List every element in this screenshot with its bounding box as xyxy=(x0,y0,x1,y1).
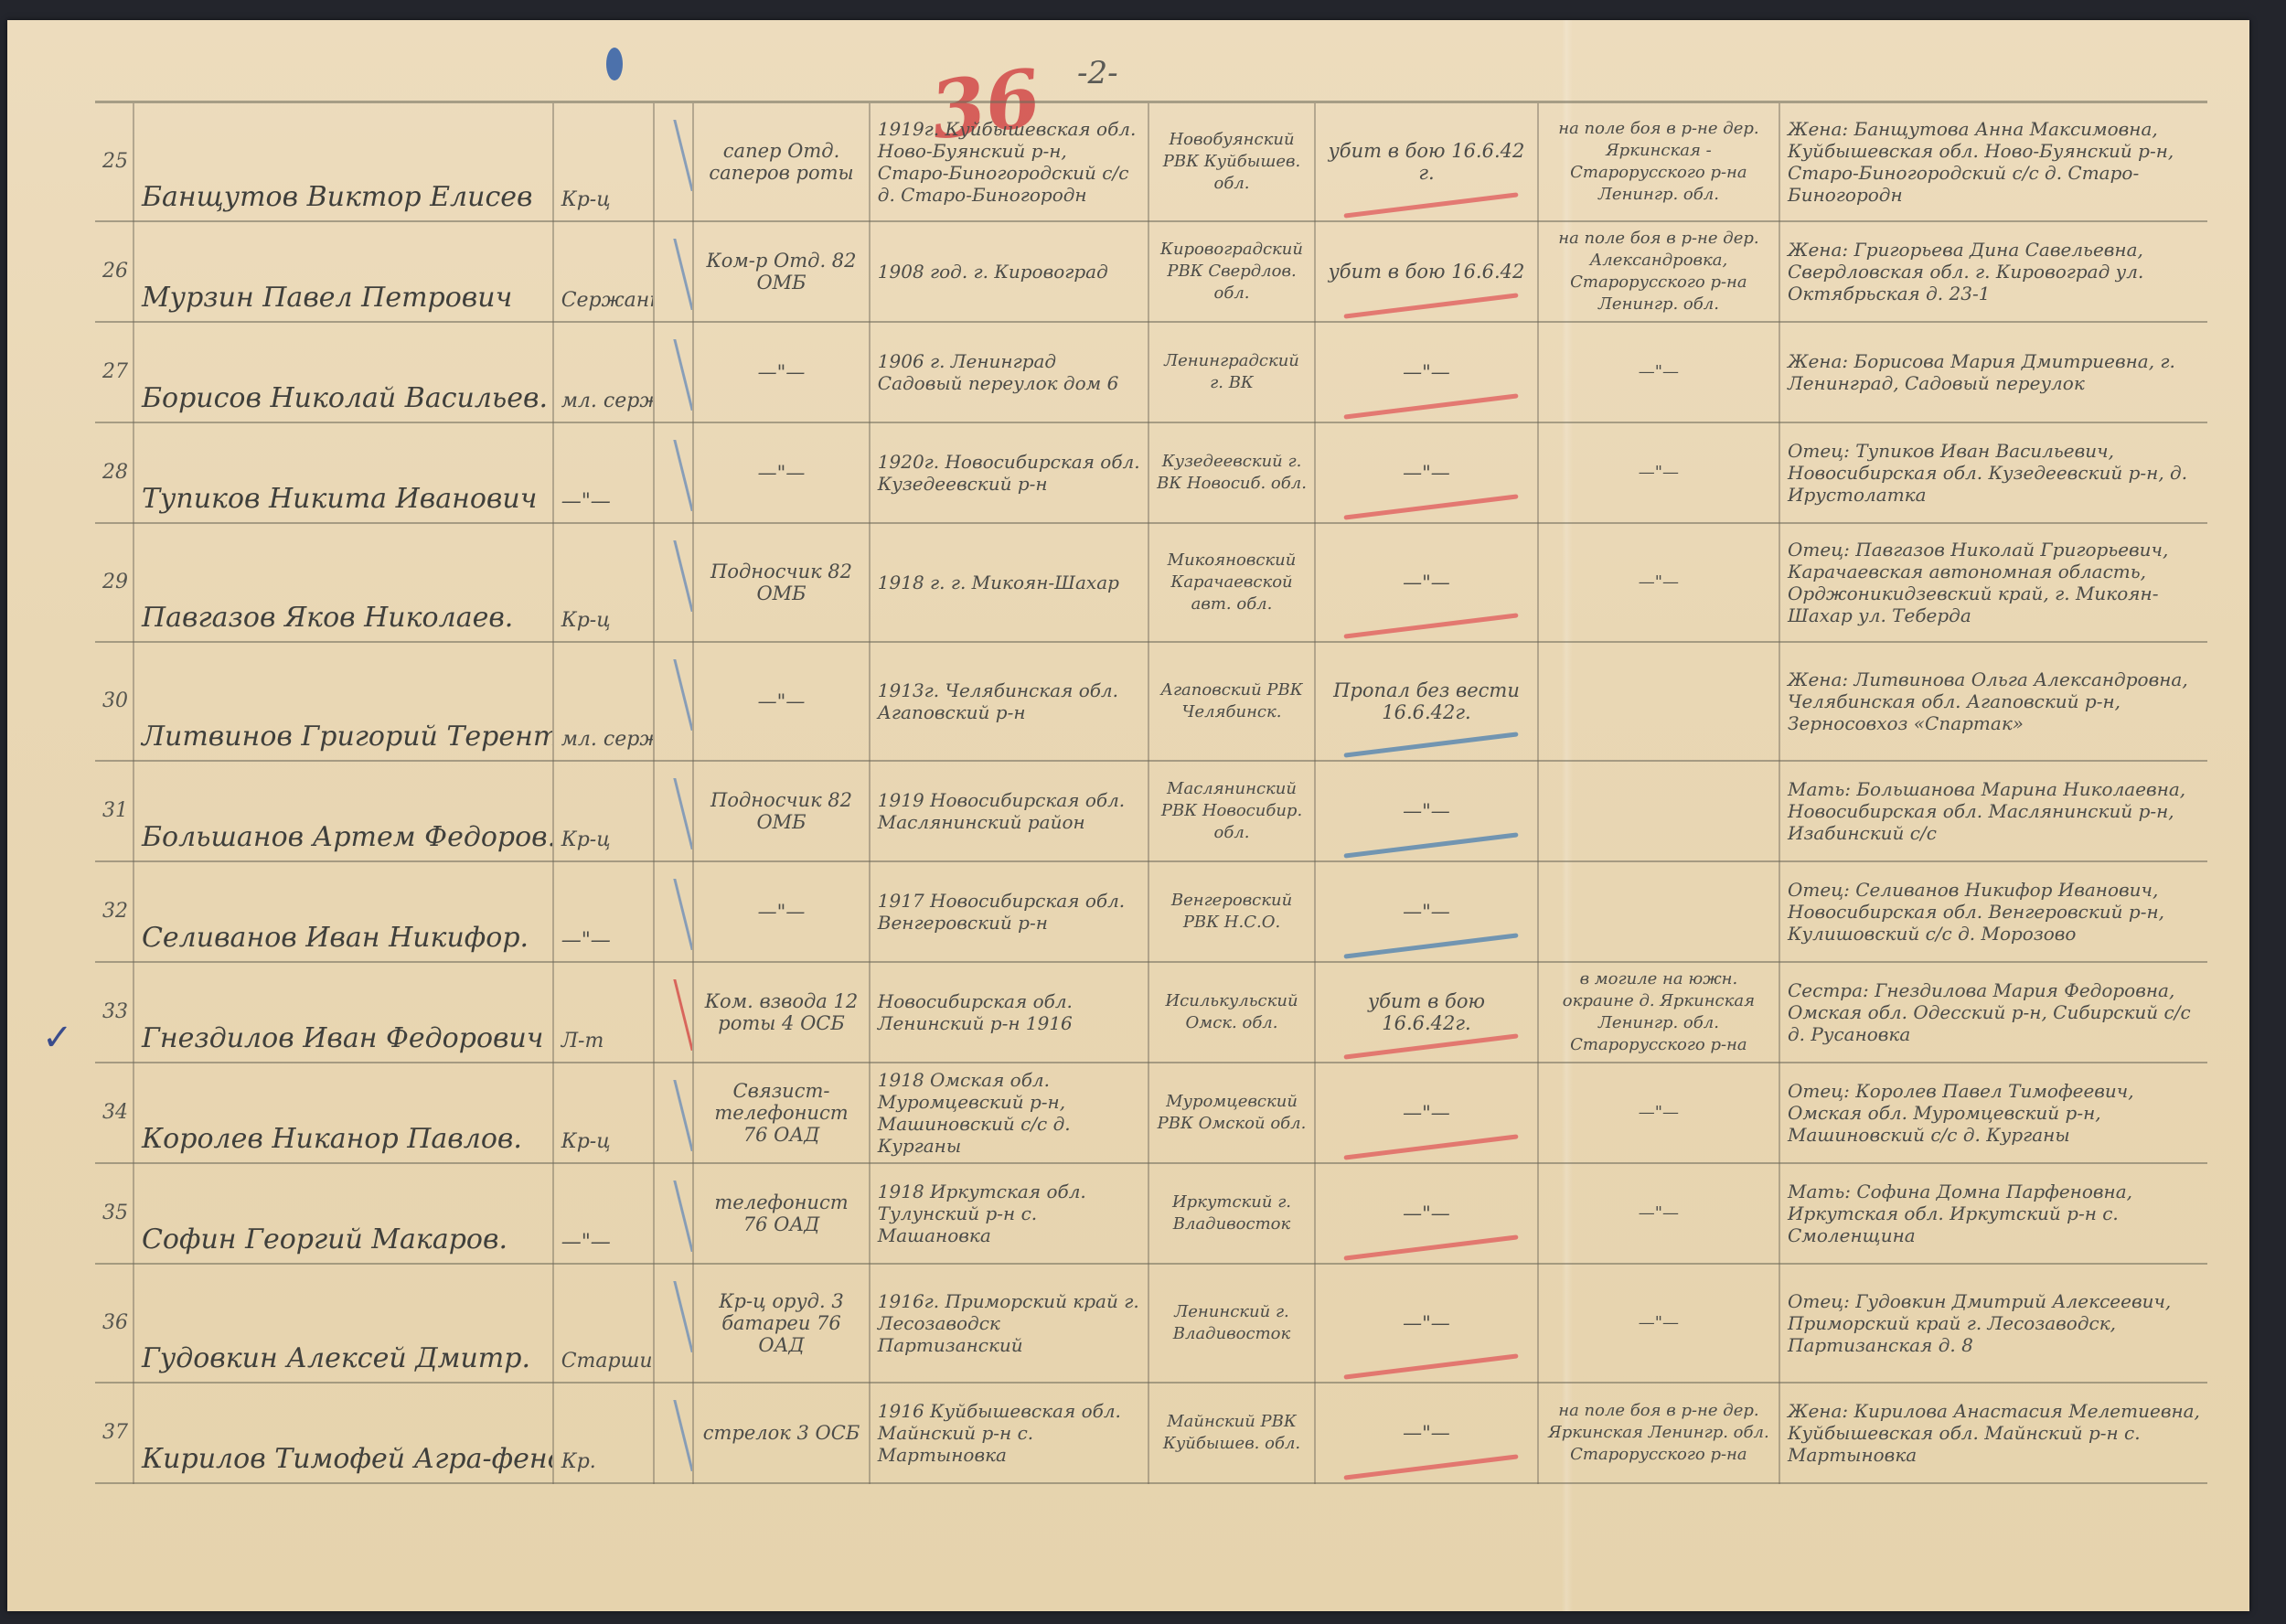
table-row: 36 Гудовкин Алексей Дмитр. Старшина Кр-ц… xyxy=(95,1264,2207,1383)
soldier-name: Литвинов Григорий Терент. xyxy=(134,642,553,761)
drafted-by: Иркутский г. Владивосток xyxy=(1148,1163,1315,1264)
pencil-stroke xyxy=(1344,613,1519,638)
next-of-kin: Отец: Павгазов Николай Григорьевич, Кара… xyxy=(1779,523,2207,642)
check-mark-icon xyxy=(654,339,693,411)
birth-year-place: 1913г. Челябинская обл. Агаповский р-н xyxy=(870,642,1148,761)
drafted-by: Ленинградский г. ВК xyxy=(1148,322,1315,422)
drafted-by: Исилькульский Омск. обл. xyxy=(1148,962,1315,1063)
table-row: 29 Павгазов Яков Николаев. Кр-ц Подносчи… xyxy=(95,523,2207,642)
birth-year-place: 1918 Иркутская обл. Тулунский р-н с. Маш… xyxy=(870,1163,1148,1264)
birth-year-place: 1918 Омская обл. Муромцевский р-н, Машин… xyxy=(870,1063,1148,1163)
check-mark-cell xyxy=(654,221,693,322)
birth-year-place: Новосибирская обл. Ленинский р-н 1916 xyxy=(870,962,1148,1063)
check-mark-cell xyxy=(654,102,693,221)
check-mark-icon xyxy=(654,440,693,511)
soldier-unit: Ком-р Отд. 82 ОМБ xyxy=(693,221,870,322)
pencil-stroke xyxy=(1344,1033,1519,1059)
soldier-name: Селиванов Иван Никифор. xyxy=(134,861,553,962)
check-mark-cell xyxy=(654,642,693,761)
soldier-name: Гнездилов Иван Федорович xyxy=(134,962,553,1063)
table-row: 25 Банщутов Виктор Елисев Кр-ц сапер Отд… xyxy=(95,102,2207,221)
pencil-stroke xyxy=(1344,933,1519,958)
next-of-kin: Жена: Банщутова Анна Максимовна, Куйбыше… xyxy=(1779,102,2207,221)
burial-place xyxy=(1538,642,1779,761)
burial-place: на поле боя в р-не дер. Яркинская Ленинг… xyxy=(1538,1383,1779,1483)
drafted-by: Венгеровский РВК Н.С.О. xyxy=(1148,861,1315,962)
soldier-name: Борисов Николай Васильев. xyxy=(134,322,553,422)
birth-year-place: 1920г. Новосибирская обл. Кузедеевский р… xyxy=(870,422,1148,523)
soldier-rank: —"— xyxy=(553,422,655,523)
check-mark-cell xyxy=(654,861,693,962)
birth-year-place: 1917 Новосибирская обл. Венгеровский р-н xyxy=(870,861,1148,962)
soldier-unit: Кр-ц оруд. 3 батареи 76 ОАД xyxy=(693,1264,870,1383)
check-mark-icon xyxy=(654,659,693,731)
pencil-stroke xyxy=(1344,1134,1519,1159)
birth-year-place: 1906 г. Ленинград Садовый переулок дом 6 xyxy=(870,322,1148,422)
next-of-kin: Отец: Селиванов Никифор Иванович, Новоси… xyxy=(1779,861,2207,962)
next-of-kin: Жена: Григорьева Дина Савельевна, Свердл… xyxy=(1779,221,2207,322)
soldier-rank: Кр. xyxy=(553,1383,655,1483)
fate: —"— xyxy=(1315,422,1538,523)
drafted-by: Муромцевский РВК Омской обл. xyxy=(1148,1063,1315,1163)
pencil-stroke xyxy=(1344,1353,1519,1379)
soldier-unit: Подносчик 82 ОМБ xyxy=(693,761,870,861)
check-mark-icon xyxy=(654,778,693,849)
table-row: 35 Софин Георгий Макаров. —"— телефонист… xyxy=(95,1163,2207,1264)
soldier-unit: —"— xyxy=(693,861,870,962)
fate: —"— xyxy=(1315,1383,1538,1483)
row-number: 34 xyxy=(95,1063,134,1163)
table-row: 28 Тупиков Никита Иванович —"— —"— 1920г… xyxy=(95,422,2207,523)
soldier-rank: мл. серж. xyxy=(553,642,655,761)
drafted-by: Майнский РВК Куйбышев. обл. xyxy=(1148,1383,1315,1483)
pencil-stroke xyxy=(1344,1454,1519,1480)
fate: —"— xyxy=(1315,523,1538,642)
soldier-rank: Старшина xyxy=(553,1264,655,1383)
birth-year-place: 1919г. Куйбышевская обл. Ново-Буянский р… xyxy=(870,102,1148,221)
check-mark-icon xyxy=(654,120,693,191)
next-of-kin: Отец: Королев Павел Тимофеевич, Омская о… xyxy=(1779,1063,2207,1163)
margin-check-icon: ✓ xyxy=(42,1017,73,1059)
drafted-by: Ленинский г. Владивосток xyxy=(1148,1264,1315,1383)
soldier-name: Кирилов Тимофей Агра-фенович xyxy=(134,1383,553,1483)
soldier-name: Большанов Артем Федоров. xyxy=(134,761,553,861)
row-number: 32 xyxy=(95,861,134,962)
table-row: 37 Кирилов Тимофей Агра-фенович Кр. стре… xyxy=(95,1383,2207,1483)
row-number: 29 xyxy=(95,523,134,642)
soldier-rank: Сержант xyxy=(553,221,655,322)
soldier-name: Гудовкин Алексей Дмитр. xyxy=(134,1264,553,1383)
pencil-stroke xyxy=(1344,293,1519,318)
soldier-unit: телефонист 76 ОАД xyxy=(693,1163,870,1264)
soldier-unit: —"— xyxy=(693,322,870,422)
burial-place: на поле боя в р-не дер. Александровка, С… xyxy=(1538,221,1779,322)
next-of-kin: Мать: Большанова Марина Николаевна, Ново… xyxy=(1779,761,2207,861)
drafted-by: Новобуянский РВК Куйбышев. обл. xyxy=(1148,102,1315,221)
table-row: 26 Мурзин Павел Петрович Сержант Ком-р О… xyxy=(95,221,2207,322)
pencil-stroke xyxy=(1344,732,1519,757)
birth-year-place: 1916 Куйбышевская обл. Майнский р-н с. М… xyxy=(870,1383,1148,1483)
table-row: 27 Борисов Николай Васильев. мл. серж. —… xyxy=(95,322,2207,422)
fate: —"— xyxy=(1315,1264,1538,1383)
row-number: 27 xyxy=(95,322,134,422)
fate: Пропал без вести 16.6.42г. xyxy=(1315,642,1538,761)
check-mark-icon xyxy=(654,1080,693,1151)
drafted-by: Микояновский Карачаевской авт. обл. xyxy=(1148,523,1315,642)
soldier-unit: —"— xyxy=(693,422,870,523)
soldier-unit: стрелок 3 ОСБ xyxy=(693,1383,870,1483)
soldier-name: Мурзин Павел Петрович xyxy=(134,221,553,322)
check-mark-cell xyxy=(654,422,693,523)
soldier-unit: Связист-телефонист 76 ОАД xyxy=(693,1063,870,1163)
soldier-rank: —"— xyxy=(553,1163,655,1264)
drafted-by: Агаповский РВК Челябинск. xyxy=(1148,642,1315,761)
table-row: 32 Селиванов Иван Никифор. —"— —"— 1917 … xyxy=(95,861,2207,962)
pencil-stroke xyxy=(1344,1234,1519,1260)
birth-year-place: 1908 год. г. Кировоград xyxy=(870,221,1148,322)
fate: —"— xyxy=(1315,761,1538,861)
burial-place xyxy=(1538,761,1779,861)
next-of-kin: Жена: Кирилова Анастасия Мелетиевна, Куй… xyxy=(1779,1383,2207,1483)
row-number: 37 xyxy=(95,1383,134,1483)
burial-place: —"— xyxy=(1538,322,1779,422)
fate: —"— xyxy=(1315,322,1538,422)
row-number: 25 xyxy=(95,102,134,221)
check-mark-cell xyxy=(654,322,693,422)
soldier-rank: Кр-ц xyxy=(553,102,655,221)
fate: убит в бою 16.6.42 г. xyxy=(1315,102,1538,221)
fate: убит в бою 16.6.42г. xyxy=(1315,962,1538,1063)
table-row: 30 Литвинов Григорий Терент. мл. серж. —… xyxy=(95,642,2207,761)
soldier-rank: мл. серж. xyxy=(553,322,655,422)
pencil-stroke xyxy=(1344,494,1519,519)
check-mark-icon xyxy=(654,979,693,1051)
row-number: 30 xyxy=(95,642,134,761)
soldier-rank: —"— xyxy=(553,861,655,962)
next-of-kin: Жена: Борисова Мария Дмитриевна, г. Лени… xyxy=(1779,322,2207,422)
next-of-kin: Жена: Литвинова Ольга Александровна, Чел… xyxy=(1779,642,2207,761)
check-mark-cell xyxy=(654,761,693,861)
soldier-name: Тупиков Никита Иванович xyxy=(134,422,553,523)
birth-year-place: 1916г. Приморский край г. Лесозаводск Па… xyxy=(870,1264,1148,1383)
table-row: 31 Большанов Артем Федоров. Кр-ц Подносч… xyxy=(95,761,2207,861)
casualty-ledger-table: 25 Банщутов Виктор Елисев Кр-ц сапер Отд… xyxy=(95,101,2207,1484)
table-row: 33 Гнездилов Иван Федорович Л-т Ком. взв… xyxy=(95,962,2207,1063)
burial-place: —"— xyxy=(1538,422,1779,523)
row-number: 36 xyxy=(95,1264,134,1383)
row-number: 33 xyxy=(95,962,134,1063)
check-mark-icon xyxy=(654,1281,693,1352)
check-mark-cell xyxy=(654,1383,693,1483)
row-number: 28 xyxy=(95,422,134,523)
soldier-rank: Кр-ц xyxy=(553,761,655,861)
soldier-unit: —"— xyxy=(693,642,870,761)
fate: —"— xyxy=(1315,1163,1538,1264)
pencil-stroke xyxy=(1344,192,1519,218)
check-mark-cell xyxy=(654,1264,693,1383)
check-mark-icon xyxy=(654,239,693,310)
check-mark-cell xyxy=(654,1163,693,1264)
page-number: -2- xyxy=(1077,55,1118,91)
burial-place xyxy=(1538,861,1779,962)
check-mark-cell xyxy=(654,962,693,1063)
burial-place: на поле боя в р-не дер. Яркинская - Стар… xyxy=(1538,102,1779,221)
next-of-kin: Отец: Гудовкин Дмитрий Алексеевич, Примо… xyxy=(1779,1264,2207,1383)
row-number: 35 xyxy=(95,1163,134,1264)
burial-place: —"— xyxy=(1538,1264,1779,1383)
fate: —"— xyxy=(1315,1063,1538,1163)
drafted-by: Маслянинский РВК Новосибир. обл. xyxy=(1148,761,1315,861)
row-number: 31 xyxy=(95,761,134,861)
soldier-rank: Кр-ц xyxy=(553,1063,655,1163)
pencil-stroke xyxy=(1344,832,1519,858)
burial-place: —"— xyxy=(1538,523,1779,642)
soldier-name: Софин Георгий Макаров. xyxy=(134,1163,553,1264)
next-of-kin: Отец: Тупиков Иван Васильевич, Новосибир… xyxy=(1779,422,2207,523)
burial-place: в могиле на южн. окраине д. Яркинская Ле… xyxy=(1538,962,1779,1063)
soldier-unit: Подносчик 82 ОМБ xyxy=(693,523,870,642)
birth-year-place: 1918 г. г. Микоян-Шахар xyxy=(870,523,1148,642)
soldier-name: Королев Никанор Павлов. xyxy=(134,1063,553,1163)
soldier-name: Павгазов Яков Николаев. xyxy=(134,523,553,642)
birth-year-place: 1919 Новосибирская обл. Маслянинский рай… xyxy=(870,761,1148,861)
burial-place: —"— xyxy=(1538,1063,1779,1163)
next-of-kin: Мать: Софина Домна Парфеновна, Иркутская… xyxy=(1779,1163,2207,1264)
soldier-unit: сапер Отд. саперов роты xyxy=(693,102,870,221)
drafted-by: Кировоградский РВК Свердлов. обл. xyxy=(1148,221,1315,322)
check-mark-icon xyxy=(654,879,693,950)
pencil-stroke xyxy=(1344,393,1519,419)
soldier-rank: Л-т xyxy=(553,962,655,1063)
ink-blot xyxy=(606,48,623,80)
document-sheet: 36 -2- 25 Банщутов Виктор Елисев Кр-ц са… xyxy=(7,20,2249,1611)
fate: убит в бою 16.6.42 xyxy=(1315,221,1538,322)
burial-place: —"— xyxy=(1538,1163,1779,1264)
soldier-rank: Кр-ц xyxy=(553,523,655,642)
soldier-name: Банщутов Виктор Елисев xyxy=(134,102,553,221)
check-mark-icon xyxy=(654,540,693,612)
check-mark-icon xyxy=(654,1400,693,1471)
check-mark-icon xyxy=(654,1181,693,1252)
fate: —"— xyxy=(1315,861,1538,962)
table-row: 34 Королев Никанор Павлов. Кр-ц Связист-… xyxy=(95,1063,2207,1163)
soldier-unit: Ком. взвода 12 роты 4 ОСБ xyxy=(693,962,870,1063)
check-mark-cell xyxy=(654,523,693,642)
row-number: 26 xyxy=(95,221,134,322)
drafted-by: Кузедеевский г. ВК Новосиб. обл. xyxy=(1148,422,1315,523)
next-of-kin: Сестра: Гнездилова Мария Федоровна, Омск… xyxy=(1779,962,2207,1063)
check-mark-cell xyxy=(654,1063,693,1163)
